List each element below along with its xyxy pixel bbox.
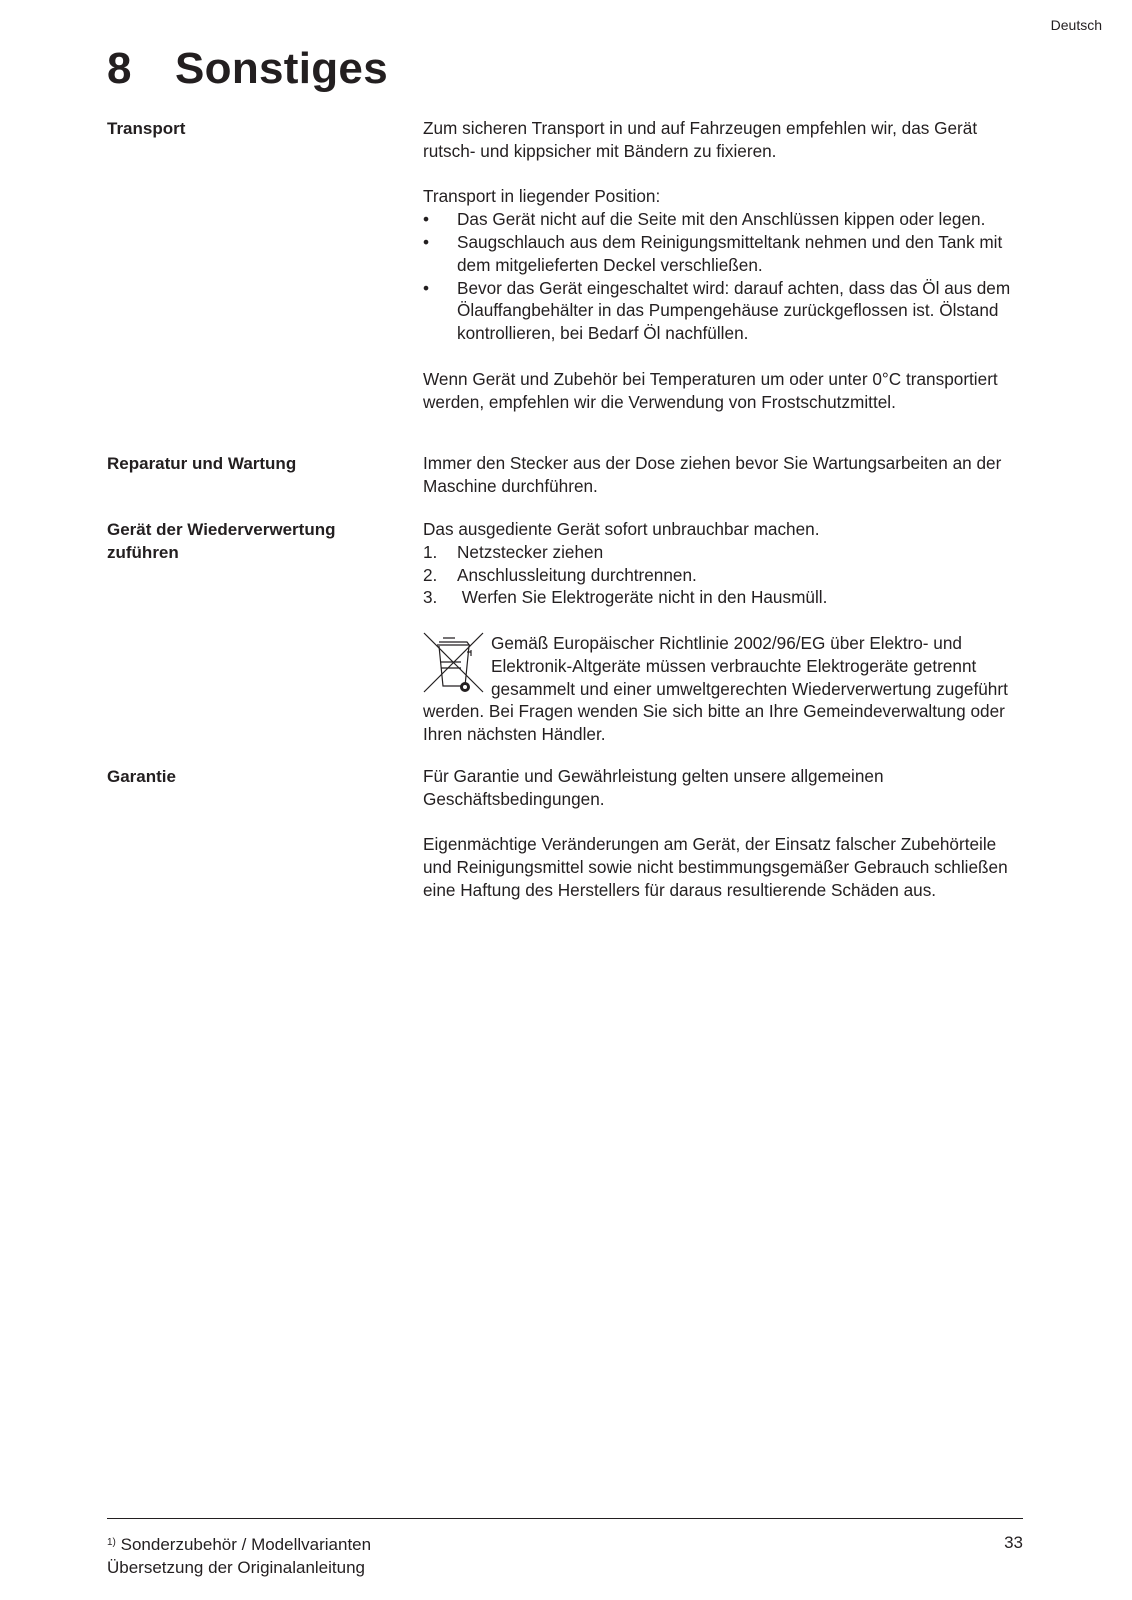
section-label: Reparatur und Wartung bbox=[107, 452, 387, 475]
page-number: 33 bbox=[1004, 1533, 1023, 1553]
language-label: Deutsch bbox=[1051, 17, 1102, 33]
paragraph: Eigenmächtige Veränderungen am Gerät, de… bbox=[423, 833, 1023, 901]
section-body: Das ausgediente Gerät sofort unbrauchbar… bbox=[423, 518, 1023, 746]
list-item: 1.Netzstecker ziehen bbox=[423, 541, 1023, 564]
weee-text: Gemäß Europäischer Richtlinie 2002/96/EG… bbox=[423, 633, 1008, 744]
list-item: •Bevor das Gerät eingeschaltet wird: dar… bbox=[423, 277, 1023, 345]
paragraph: Das ausgediente Gerät sofort unbrauchbar… bbox=[423, 518, 1023, 541]
bullet-icon: • bbox=[423, 208, 429, 231]
chapter-number: 8 bbox=[107, 44, 175, 94]
list-item: •Das Gerät nicht auf die Seite mit den A… bbox=[423, 208, 1023, 231]
section-label: Garantie bbox=[107, 765, 387, 788]
paragraph: Zum sicheren Transport in und auf Fahrze… bbox=[423, 117, 1023, 163]
section-body: Zum sicheren Transport in und auf Fahrze… bbox=[423, 117, 1023, 413]
section-body: Für Garantie und Gewährleistung gelten u… bbox=[423, 765, 1023, 902]
section-label: Transport bbox=[107, 117, 387, 140]
bullet-icon: • bbox=[423, 231, 429, 254]
chapter-title: 8Sonstiges bbox=[107, 44, 388, 94]
paragraph: Für Garantie und Gewährleistung gelten u… bbox=[423, 765, 1023, 811]
section-label: Gerät der Wiederverwertung zuführen bbox=[107, 518, 367, 564]
list-item: 2.Anschlussleitung durchtrennen. bbox=[423, 564, 1023, 587]
chapter-title-text: Sonstiges bbox=[175, 44, 388, 93]
list-heading: Transport in liegender Position: bbox=[423, 185, 1023, 208]
paragraph: Immer den Stecker aus der Dose ziehen be… bbox=[423, 452, 1023, 498]
list-item: 3. Werfen Sie Elektrogeräte nicht in den… bbox=[423, 586, 1023, 609]
list-item: •Saugschlauch aus dem Reinigungsmittelta… bbox=[423, 231, 1023, 277]
bullet-list: •Das Gerät nicht auf die Seite mit den A… bbox=[423, 208, 1023, 345]
bullet-icon: • bbox=[423, 277, 429, 300]
numbered-list: 1.Netzstecker ziehen 2.Anschlussleitung … bbox=[423, 541, 1023, 609]
section-body: Immer den Stecker aus der Dose ziehen be… bbox=[423, 452, 1023, 498]
footer-notes: 1) Sonderzubehör / Modellvarianten Übers… bbox=[107, 1533, 371, 1579]
paragraph: Wenn Gerät und Zubehör bei Temperaturen … bbox=[423, 368, 1023, 414]
weee-notice: Gemäß Europäischer Richtlinie 2002/96/EG… bbox=[423, 632, 1023, 746]
footnote-text: Sonderzubehör / Modellvarianten bbox=[121, 1535, 371, 1554]
crossed-out-wheelie-bin-icon bbox=[423, 632, 485, 694]
footer-divider bbox=[107, 1518, 1023, 1519]
translation-note: Übersetzung der Originalanleitung bbox=[107, 1556, 371, 1579]
footnote-mark: 1) bbox=[107, 1537, 116, 1548]
